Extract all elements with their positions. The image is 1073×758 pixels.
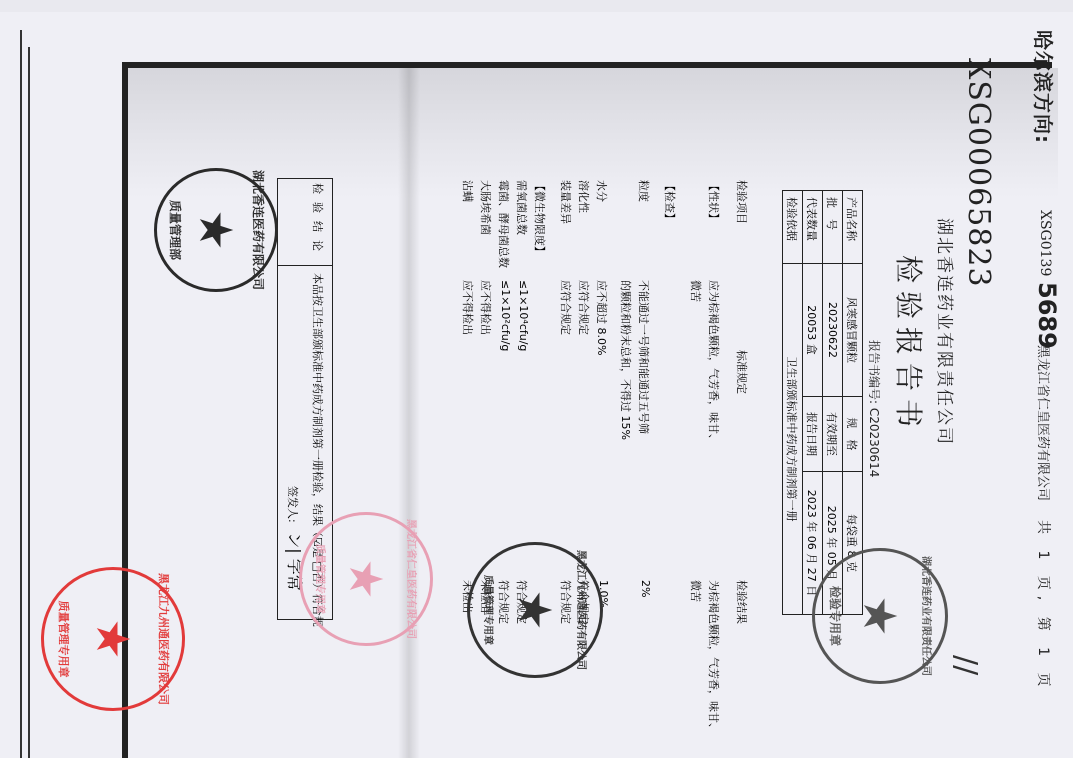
renhuang-stamp: ★ 黑龙江省仁皇医药有限公司 质量管理专用章 <box>299 512 433 646</box>
handwritten-mark: // <box>948 655 983 675</box>
route-code-number: 5689 <box>1033 282 1061 349</box>
item-result: 微苦 <box>688 580 704 602</box>
item-standard: 不能通过一号筛和能通过五号筛 <box>636 280 652 434</box>
item-item: 【微生物限度】 <box>532 180 548 257</box>
issuer-company-stamp: ★ 湖北香连药业有限责任公司 检验专用章 <box>812 548 948 684</box>
serial-number: XSG00065823 <box>961 58 996 288</box>
column-header-standard: 标准规定 <box>734 350 750 394</box>
item-standard: ≤1×10⁴cfu/g <box>517 280 530 351</box>
label-cell: 代表数量 <box>803 191 823 264</box>
report-number: 报告书编号: C20230614 <box>866 340 883 477</box>
label-cell: 有效期至 <box>823 397 843 472</box>
route-label: 哈尔滨方向: <box>1030 30 1059 144</box>
item-item: 需氧菌总数 <box>514 180 530 235</box>
star-icon: ★ <box>90 618 136 659</box>
conclusion-label: 检验结论 <box>310 183 326 259</box>
table-row: 批 号 20230622 有效期至 2025 年 05 月 <box>823 191 843 615</box>
label-cell: 检验依据 <box>783 191 803 264</box>
value-cell: 20230622 <box>823 264 843 397</box>
item-standard: 应符合规定 <box>558 280 574 335</box>
value-cell: 风寒感冒颗粒 <box>843 264 863 397</box>
item-item: 【检查】 <box>662 180 678 224</box>
item-item: 装量差异 <box>558 180 574 224</box>
receiver-company: 黑龙江省仁皇医药有限公司 <box>1035 345 1054 501</box>
report-number-label: 报告书编号: <box>867 340 881 404</box>
item-item: 粒度 <box>636 180 652 202</box>
item-standard: 应符合规定 <box>576 280 592 335</box>
item-standard: 微苦 <box>688 280 704 302</box>
item-item: 霉菌、酵母菌总数 <box>496 180 512 268</box>
item-standard: 应不得检出 <box>460 280 476 335</box>
issuer-qa-stamp: ★ 湖北香连医药有限公司 质量管理部 <box>154 168 278 292</box>
item-result: 为棕褐色颗粒，气芳香，味甘、 <box>706 580 722 734</box>
value-cell: 卫生部颁标准中药成方制剂第一册 <box>783 264 803 615</box>
page-count: 共 1 页, 第 1 页 <box>1034 520 1054 693</box>
item-standard: 的颗粒和粉末总和，不得过 15% <box>618 280 634 440</box>
label-cell: 产品名称 <box>843 191 863 264</box>
rotated-report-page: 哈尔滨方向: XSG0139 5689 黑龙江省仁皇医药有限公司 共 1 页, … <box>0 0 1073 758</box>
item-standard: 应不超过 8.0% <box>594 280 610 355</box>
item-item: 水分 <box>594 180 610 202</box>
column-header-result: 检验结果 <box>734 580 750 624</box>
star-icon: ★ <box>343 558 389 599</box>
label-cell: 规 格 <box>843 397 863 472</box>
item-item: 大肠埃希菌 <box>478 180 494 235</box>
star-icon: ★ <box>512 589 558 630</box>
signer-label: 签发人: <box>286 486 299 523</box>
item-standard: ≤1×10²cfu/g <box>499 280 512 351</box>
issuer-name: 湖北香连药业有限责任公司 <box>934 218 959 446</box>
label-cell: 批 号 <box>823 191 843 264</box>
star-icon: ★ <box>857 595 903 636</box>
route-code-prefix: XSG0139 <box>1037 210 1053 276</box>
report-number-value: C20230614 <box>867 408 881 477</box>
star-icon: ★ <box>193 209 239 250</box>
label-cell: 报告日期 <box>803 397 823 472</box>
divider <box>278 265 332 266</box>
product-info-table: 产品名称 风寒感冒颗粒 规 格 每袋重 8 克 批 号 20230622 有效期… <box>782 190 863 615</box>
report-title: 检验报告书 <box>890 255 930 435</box>
table-row: 代表数量 20053 盒 报告日期 2023 年 06 月 27 日 <box>803 191 823 615</box>
item-item: 沾螨 <box>460 180 476 202</box>
item-standard: 应不得检出 <box>478 280 494 335</box>
table-row: 检验依据 卫生部颁标准中药成方制剂第一册 <box>783 191 803 615</box>
item-item: 溶化性 <box>576 180 592 213</box>
item-result: 2% <box>639 580 652 597</box>
item-standard: 应为棕褐色颗粒，气芳香，味甘、 <box>706 280 722 445</box>
value-cell: 20053 盒 <box>803 264 823 397</box>
jiuzhoutong-red-stamp: ★ 黑龙江九州通医药有限公司 质量管理专用章 <box>41 567 185 711</box>
item-item: 【性状】 <box>706 180 722 224</box>
column-header-item: 检验项目 <box>734 180 750 224</box>
jiuzhoutong-stamp: ★ 黑龙江九州通医药有限公司 质量管理专用章 <box>467 542 603 678</box>
